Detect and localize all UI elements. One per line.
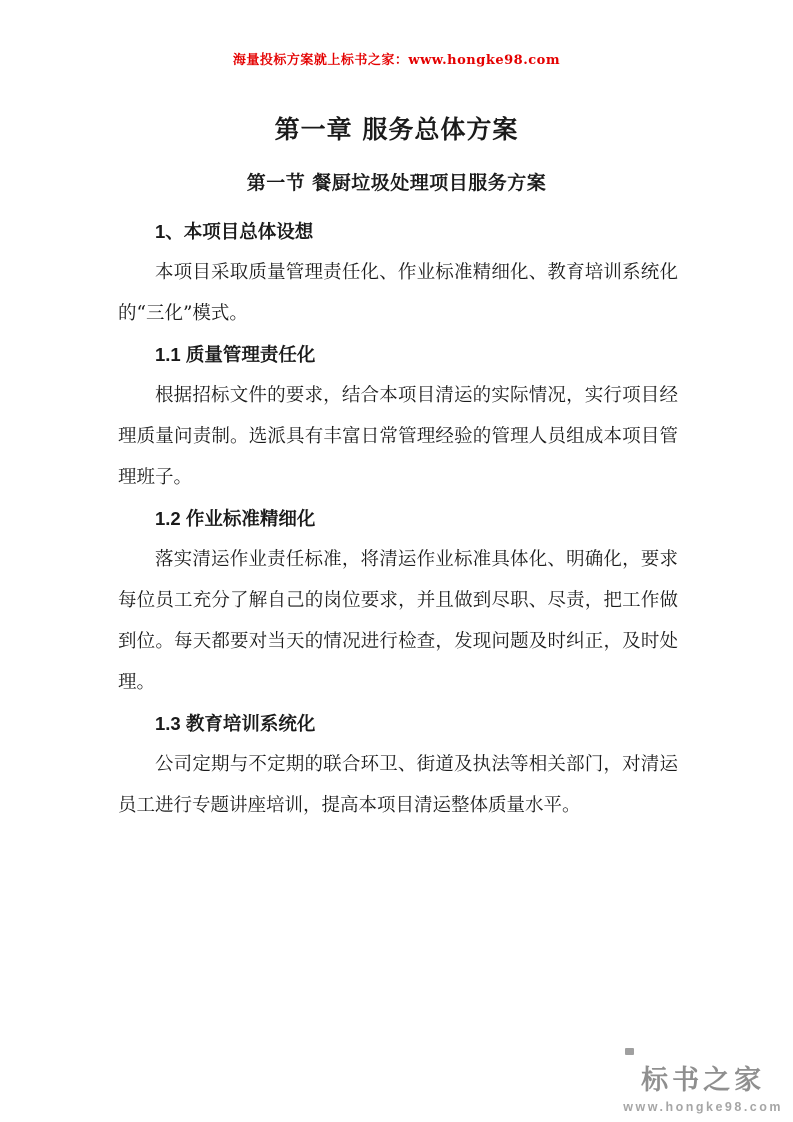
body-heading: 1.1 质量管理责任化 <box>118 334 678 375</box>
body-heading: 1.3 教育培训系统化 <box>118 703 678 744</box>
body-paragraph: 落实清运作业责任标准，将清运作业标准具体化、明确化，要求每位员工充分了解自己的岗… <box>118 539 678 703</box>
document-page: 海量投标方案就上标书之家：www.hongke98.com 第一章 服务总体方案… <box>0 0 793 1122</box>
body-heading: 1.2 作业标准精细化 <box>118 498 678 539</box>
body-paragraph: 本项目采取质量管理责任化、作业标准精细化、教育培训系统化的“三化”模式。 <box>118 252 678 334</box>
watermark: 标书之家 www.hongke98.com <box>623 1058 783 1114</box>
body-heading: 1、本项目总体设想 <box>118 211 678 252</box>
body-paragraph: 根据招标文件的要求，结合本项目清运的实际情况，实行项目经理质量问责制。选派具有丰… <box>118 375 678 498</box>
page-header: 海量投标方案就上标书之家：www.hongke98.com <box>0 49 793 68</box>
header-promo-link[interactable]: 海量投标方案就上标书之家：www.hongke98.com <box>233 53 560 68</box>
section-title: 第一节 餐厨垃圾处理项目服务方案 <box>0 168 793 195</box>
watermark-seal-icon <box>625 1048 634 1055</box>
watermark-logo: 标书之家 <box>623 1058 783 1097</box>
watermark-url-link[interactable]: www.hongke98.com <box>623 1100 783 1114</box>
document-body: 1、本项目总体设想本项目采取质量管理责任化、作业标准精细化、教育培训系统化的“三… <box>118 211 678 826</box>
body-paragraph: 公司定期与不定期的联合环卫、街道及执法等相关部门，对清运员工进行专题讲座培训，提… <box>118 744 678 826</box>
chapter-title: 第一章 服务总体方案 <box>0 110 793 146</box>
